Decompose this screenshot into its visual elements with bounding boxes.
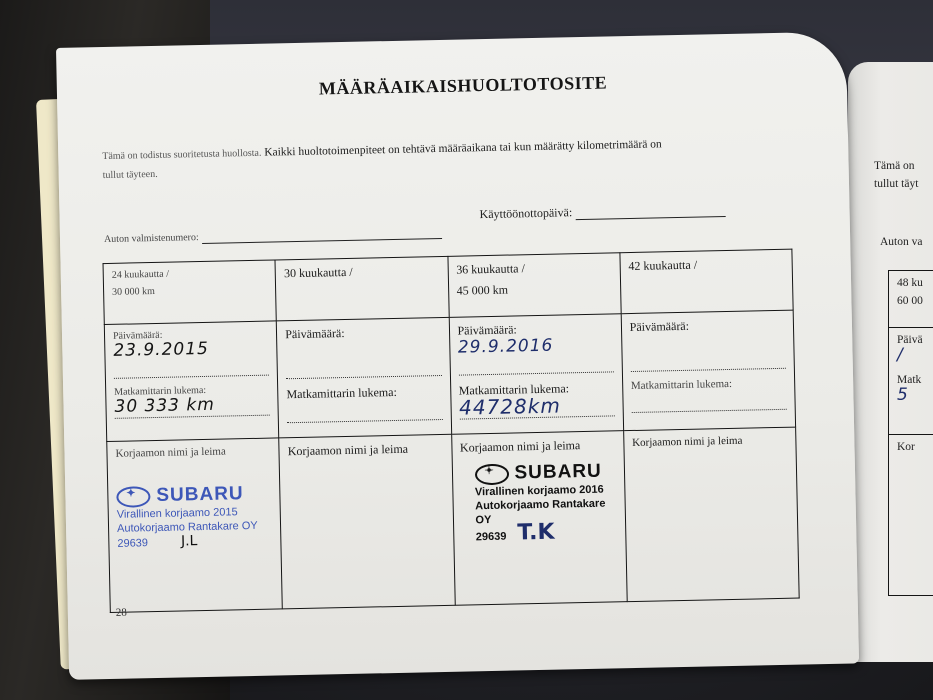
start-date-field: Käyttöönottopäivä:: [479, 202, 725, 222]
distance-label: [284, 284, 439, 287]
intro-prefix: Tämä on todistus suoritetusta huollosta.: [102, 148, 261, 162]
stamp-cell-24: Korjaamon nimi ja leima SUBARU Viralline…: [107, 438, 283, 613]
date-odo-cell-30: Päivämäärä: Matkamittarin lukema:: [277, 317, 452, 438]
date-odo-cell-36: Päivämäärä: 29.9.2016 Matkamittarin luke…: [449, 314, 624, 435]
right-service-table: 48 ku 60 00 Päivä / Matk 5 Kor: [888, 270, 933, 596]
right-interval-cell: 48 ku 60 00: [889, 271, 933, 328]
interval-cell-36: 36 kuukautta / 45 000 km: [447, 253, 620, 318]
stamp-line3-row: 29639 T.K: [476, 524, 618, 544]
stamp-brand: SUBARU: [116, 483, 272, 508]
distance-label: [629, 277, 784, 280]
interval-cell-42: 42 kuukautta /: [620, 249, 793, 314]
distance-label: 45 000 km: [457, 280, 613, 298]
vin-field: Auton valmistenumero:: [104, 224, 442, 246]
right-intro-line2: tullut täyt: [874, 178, 918, 190]
stamp-label: Korjaamon nimi ja leima: [632, 434, 787, 449]
subaru-logo-icon: [116, 486, 150, 508]
stamp-cell-30: Korjaamon nimi ja leima: [279, 434, 455, 609]
stamp-label: Korjaamon nimi ja leima: [460, 437, 616, 455]
page-number: 28: [116, 607, 127, 619]
interval-label: 42 kuukautta /: [628, 256, 784, 274]
workshop-stamp-row: Korjaamon nimi ja leima SUBARU Viralline…: [107, 427, 799, 612]
stamp-line3-row: 29639 J.L: [117, 533, 273, 551]
signature: T.K: [517, 520, 555, 546]
stamp-label: Korjaamon nimi ja leima: [115, 445, 270, 460]
date-odometer-row: Päivämäärä: 23.9.2015 Matkamittarin luke…: [104, 310, 795, 441]
right-stamp-cell: Kor: [889, 435, 933, 459]
right-stamp-label: Kor: [897, 441, 933, 453]
stamp-line3: 29639: [476, 531, 507, 544]
interval-cell-24: 24 kuukautta / 30 000 km: [103, 260, 276, 325]
intro-rest: Kaikki huoltotoimenpiteet on tehtävä mää…: [264, 138, 662, 158]
date-odo-cell-42: Päivämäärä: Matkamittarin lukema:: [621, 310, 796, 431]
vin-line: [202, 226, 442, 244]
right-date-odo-cell: Päivä / Matk 5: [889, 328, 933, 435]
brand-name: SUBARU: [514, 461, 602, 485]
stamp-brand: SUBARU: [474, 460, 616, 485]
stamp-label: Korjaamon nimi ja leima: [288, 441, 444, 459]
signature: J.L: [181, 533, 198, 549]
start-date-line: [575, 204, 725, 220]
interval-label: 24 kuukautta /: [112, 267, 267, 281]
left-page: MÄÄRÄAIKAISHUOLTOTOSITE Tämä on todistus…: [56, 31, 859, 679]
vin-label: Auton valmistenumero:: [104, 232, 199, 245]
interval-label: 36 kuukautta /: [456, 259, 612, 277]
date-dotted-line: [286, 357, 442, 379]
right-interval: 48 ku: [897, 277, 933, 289]
workshop-stamp: SUBARU Virallinen korjaamo 2016 Autokorj…: [474, 460, 617, 544]
date-dotted-line: [630, 350, 786, 372]
page-title: MÄÄRÄAIKAISHUOLTOTOSITE: [319, 72, 608, 99]
intro-line2: tullut täyteen.: [103, 169, 158, 181]
interval-cell-30: 30 kuukautta /: [275, 256, 448, 321]
distance-label: 30 000 km: [112, 284, 267, 298]
start-date-label: Käyttöönottopäivä:: [479, 205, 572, 221]
right-date-value: /: [897, 346, 933, 364]
right-vin-label: Auton va: [880, 236, 922, 248]
date-odo-cell-24: Päivämäärä: 23.9.2015 Matkamittarin luke…: [104, 321, 279, 442]
intro-text: Tämä on todistus suoritetusta huollosta.…: [102, 133, 793, 185]
right-intro-line1: Tämä on: [874, 160, 915, 172]
stamp-cell-42: Korjaamon nimi ja leima: [623, 427, 799, 602]
right-distance: 60 00: [897, 295, 933, 307]
stamp-cell-36: Korjaamon nimi ja leima SUBARU Viralline…: [451, 431, 627, 606]
subaru-logo-icon: [474, 463, 508, 485]
right-odo-value: 5: [897, 386, 933, 404]
interval-label: 30 kuukautta /: [284, 263, 440, 281]
service-table: 24 kuukautta / 30 000 km 30 kuukautta / …: [103, 249, 800, 613]
brand-name: SUBARU: [156, 483, 244, 507]
stamp-line3: 29639: [117, 537, 148, 550]
workshop-stamp: SUBARU Virallinen korjaamo 2015 Autokorj…: [116, 483, 273, 551]
